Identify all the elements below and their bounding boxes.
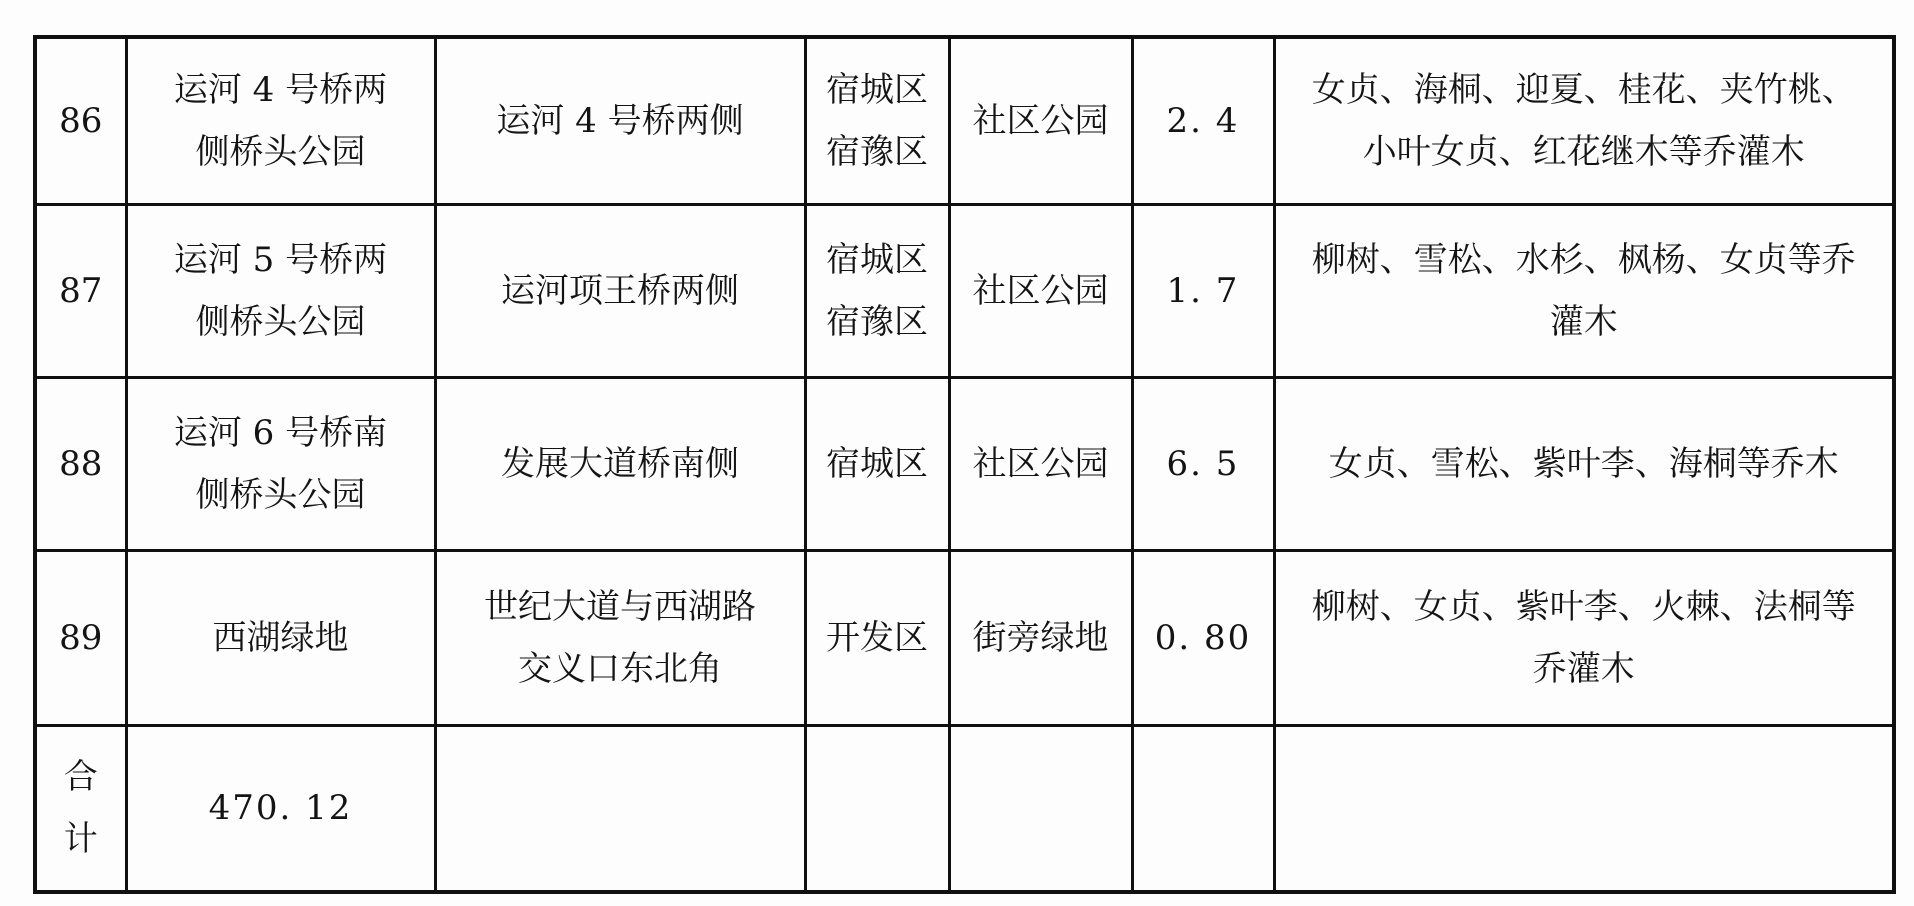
table-row-89: 89 西湖绿地 世纪大道与西湖路 交义口东北角 开发区 街旁绿地 0. 80 柳… [35, 550, 1894, 725]
cell-district: 宿城区 宿豫区 [805, 204, 949, 377]
cell-empty [435, 725, 805, 892]
cell-empty [1274, 725, 1894, 892]
cell-serial: 87 [35, 204, 126, 377]
cell-name: 运河 4 号桥两 侧桥头公园 [126, 37, 435, 204]
cell-area: 2. 4 [1132, 37, 1274, 204]
cell-empty [805, 725, 949, 892]
green-space-table: 86 运河 4 号桥两 侧桥头公园 运河 4 号桥两侧 宿城区 宿豫区 社区公园… [33, 35, 1896, 894]
cell-name: 运河 6 号桥南 侧桥头公园 [126, 377, 435, 550]
cell-name: 运河 5 号桥两 侧桥头公园 [126, 204, 435, 377]
table-row-total: 合 计 470. 12 [35, 725, 1894, 892]
cell-serial: 88 [35, 377, 126, 550]
cell-location: 运河项王桥两侧 [435, 204, 805, 377]
scanned-document-page: 86 运河 4 号桥两 侧桥头公园 运河 4 号桥两侧 宿城区 宿豫区 社区公园… [0, 0, 1914, 906]
cell-empty [949, 725, 1132, 892]
cell-serial: 89 [35, 550, 126, 725]
cell-category: 社区公园 [949, 377, 1132, 550]
cell-location: 运河 4 号桥两侧 [435, 37, 805, 204]
cell-location: 发展大道桥南侧 [435, 377, 805, 550]
cell-serial: 86 [35, 37, 126, 204]
cell-name: 西湖绿地 [126, 550, 435, 725]
cell-category: 社区公园 [949, 204, 1132, 377]
cell-empty [1132, 725, 1274, 892]
cell-category: 社区公园 [949, 37, 1132, 204]
cell-total-area: 470. 12 [126, 725, 435, 892]
cell-area: 1. 7 [1132, 204, 1274, 377]
table-row-87: 87 运河 5 号桥两 侧桥头公园 运河项王桥两侧 宿城区 宿豫区 社区公园 1… [35, 204, 1894, 377]
cell-district: 宿城区 宿豫区 [805, 37, 949, 204]
table-row-86: 86 运河 4 号桥两 侧桥头公园 运河 4 号桥两侧 宿城区 宿豫区 社区公园… [35, 37, 1894, 204]
table-row-88: 88 运河 6 号桥南 侧桥头公园 发展大道桥南侧 宿城区 社区公园 6. 5 … [35, 377, 1894, 550]
cell-plants: 女贞、雪松、紫叶李、海桐等乔木 [1274, 377, 1894, 550]
cell-area: 0. 80 [1132, 550, 1274, 725]
cell-plants: 柳树、女贞、紫叶李、火棘、法桐等 乔灌木 [1274, 550, 1894, 725]
cell-location: 世纪大道与西湖路 交义口东北角 [435, 550, 805, 725]
cell-plants: 柳树、雪松、水杉、枫杨、女贞等乔 灌木 [1274, 204, 1894, 377]
cell-district: 宿城区 [805, 377, 949, 550]
cell-district: 开发区 [805, 550, 949, 725]
cell-category: 街旁绿地 [949, 550, 1132, 725]
cell-area: 6. 5 [1132, 377, 1274, 550]
cell-plants: 女贞、海桐、迎夏、桂花、夹竹桃、 小叶女贞、红花继木等乔灌木 [1274, 37, 1894, 204]
cell-total-label: 合 计 [35, 725, 126, 892]
